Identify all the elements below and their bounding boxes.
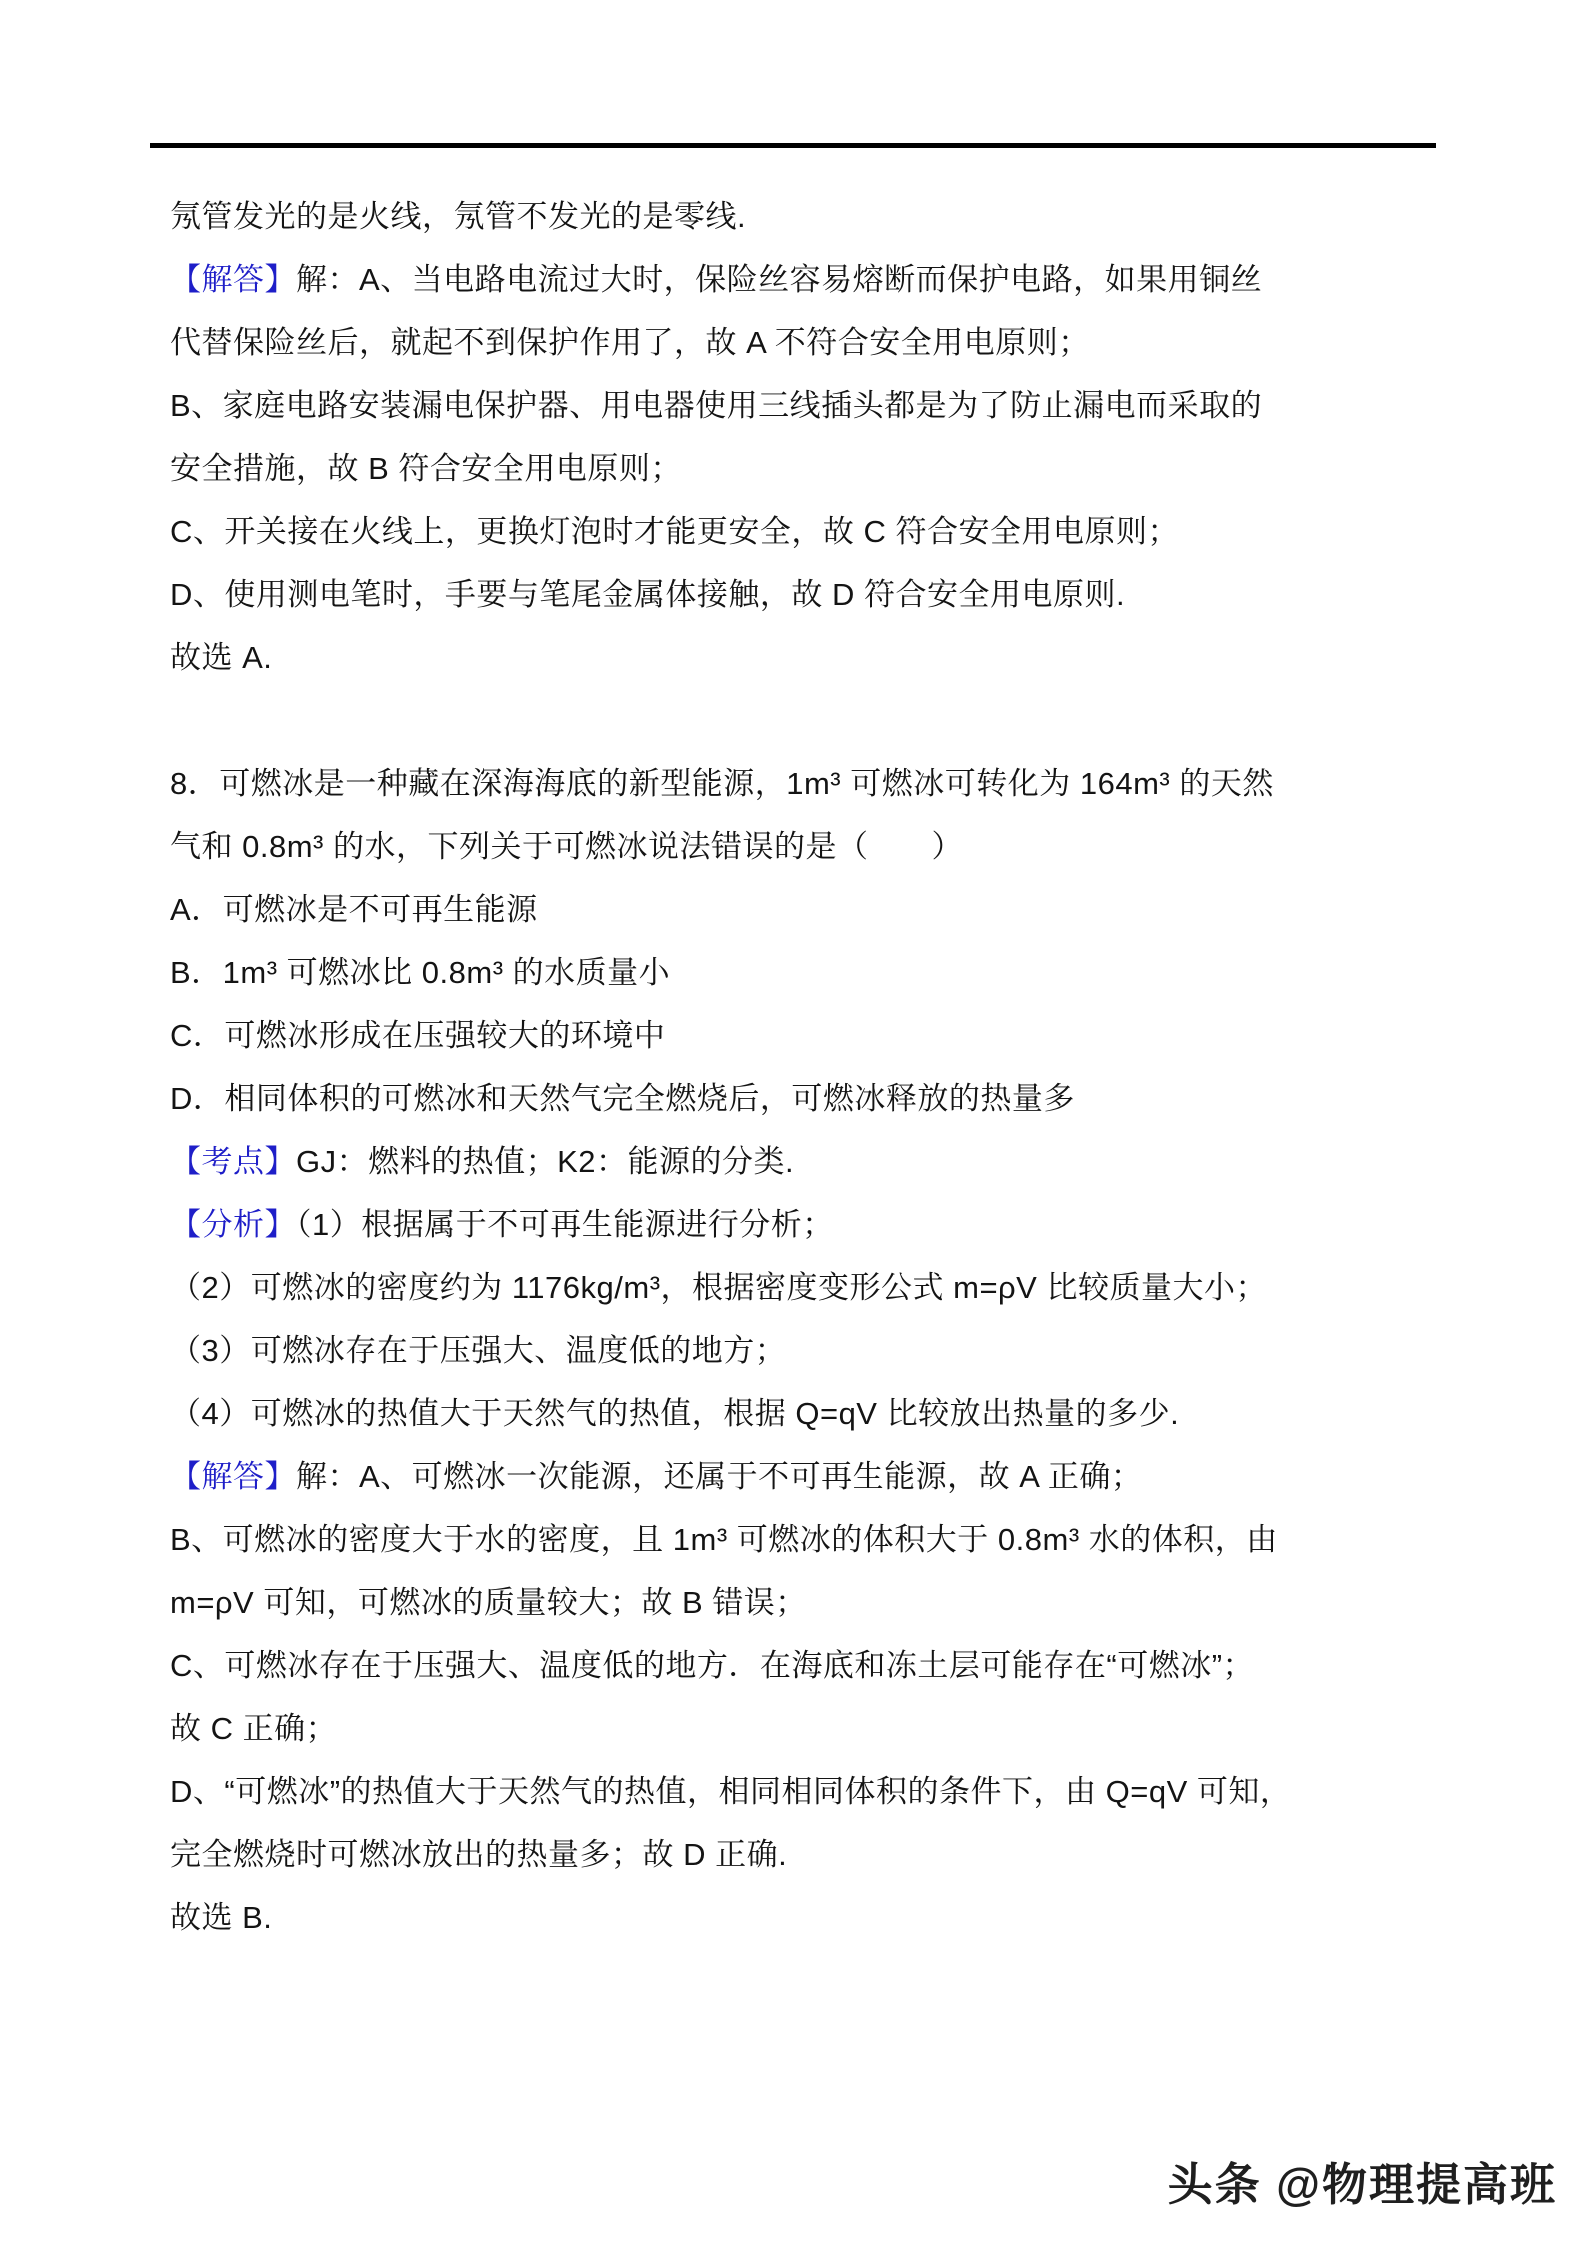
- analysis-section-label: 【分析】: [170, 1207, 296, 1242]
- answer-section-label: 【解答】: [170, 1459, 296, 1494]
- line-text: GJ：燃料的热值；K2：能源的分类.: [296, 1144, 794, 1179]
- q8-final-answer: 故选 B.: [170, 1886, 1470, 1949]
- top-horizontal-rule: [150, 143, 1436, 148]
- q8-stem-line-1: 8．可燃冰是一种藏在深海海底的新型能源，1m³ 可燃冰可转化为 164m³ 的天…: [170, 752, 1470, 815]
- q8-option-b: B．1m³ 可燃冰比 0.8m³ 的水质量小: [170, 941, 1470, 1004]
- q8-answer-d-line-2: 完全燃烧时可燃冰放出的热量多；故 D 正确.: [170, 1823, 1470, 1886]
- q8-analysis-line-1: 【分析】（1）根据属于不可再生能源进行分析；: [170, 1193, 1470, 1256]
- spacer-line: [170, 689, 1470, 752]
- line-text: B、家庭电路安装漏电保护器、用电器使用三线插头都是为了防止漏电而采取的: [170, 388, 1262, 423]
- exam-points-section-label: 【考点】: [170, 1144, 296, 1179]
- line-text: （2）可燃冰的密度约为 1176kg/m³，根据密度变形公式 m=ρV 比较质量…: [170, 1270, 1267, 1305]
- q8-option-d: D．相同体积的可燃冰和天然气完全燃烧后，可燃冰释放的热量多: [170, 1067, 1470, 1130]
- q8-analysis-line-3: （3）可燃冰存在于压强大、温度低的地方；: [170, 1319, 1470, 1382]
- line-text: 代替保险丝后，就起不到保护作用了，故 A 不符合安全用电原则；: [170, 325, 1090, 360]
- line-text: C．可燃冰形成在压强较大的环境中: [170, 1018, 665, 1053]
- line-text: 解：A、可燃冰一次能源，还属于不可再生能源，故 A 正确；: [296, 1459, 1142, 1494]
- q8-exam-points-line: 【考点】GJ：燃料的热值；K2：能源的分类.: [170, 1130, 1470, 1193]
- line-text: D．相同体积的可燃冰和天然气完全燃烧后，可燃冰释放的热量多: [170, 1081, 1075, 1116]
- line-text: 气和 0.8m³ 的水，下列关于可燃冰说法错误的是（ ）: [170, 829, 963, 864]
- q7-answer-b-line-2: 安全措施，故 B 符合安全用电原则；: [170, 437, 1470, 500]
- q8-answer-c-line-1: C、可燃冰存在于压强大、温度低的地方．在海底和冻土层可能存在“可燃冰”；: [170, 1634, 1470, 1697]
- line-text: 8．可燃冰是一种藏在深海海底的新型能源，1m³ 可燃冰可转化为 164m³ 的天…: [170, 766, 1274, 801]
- line-text: 故选 B.: [170, 1900, 272, 1935]
- q8-option-c: C．可燃冰形成在压强较大的环境中: [170, 1004, 1470, 1067]
- line-text: B．1m³ 可燃冰比 0.8m³ 的水质量小: [170, 955, 670, 990]
- q7-answer-c-line: C、开关接在火线上，更换灯泡时才能更安全，故 C 符合安全用电原则；: [170, 500, 1470, 563]
- document-body: 氖管发光的是火线，氖管不发光的是零线. 【解答】解：A、当电路电流过大时，保险丝…: [170, 185, 1470, 1949]
- q7-answer-a-line-2: 代替保险丝后，就起不到保护作用了，故 A 不符合安全用电原则；: [170, 311, 1470, 374]
- q8-analysis-line-4: （4）可燃冰的热值大于天然气的热值，根据 Q=qV 比较放出热量的多少.: [170, 1382, 1470, 1445]
- document-page: 氖管发光的是火线，氖管不发光的是零线. 【解答】解：A、当电路电流过大时，保险丝…: [0, 0, 1587, 2245]
- answer-section-label: 【解答】: [170, 262, 296, 297]
- q8-answer-b-line-2: m=ρV 可知，可燃冰的质量较大；故 B 错误；: [170, 1571, 1470, 1634]
- line-text: （3）可燃冰存在于压强大、温度低的地方；: [170, 1333, 786, 1368]
- line-text: A．可燃冰是不可再生能源: [170, 892, 538, 927]
- line-text: 完全燃烧时可燃冰放出的热量多；故 D 正确.: [170, 1837, 787, 1872]
- q7-final-answer: 故选 A.: [170, 626, 1470, 689]
- q7-neon-tube-note-line: 氖管发光的是火线，氖管不发光的是零线.: [170, 185, 1470, 248]
- line-text: 故 C 正确；: [170, 1711, 337, 1746]
- toutiao-watermark: 头条 @物理提高班: [1168, 2148, 1557, 2213]
- line-text: C、开关接在火线上，更换灯泡时才能更安全，故 C 符合安全用电原则；: [170, 514, 1179, 549]
- q8-answer-b-line-1: B、可燃冰的密度大于水的密度，且 1m³ 可燃冰的体积大于 0.8m³ 水的体积…: [170, 1508, 1470, 1571]
- q8-stem-line-2: 气和 0.8m³ 的水，下列关于可燃冰说法错误的是（ ）: [170, 815, 1470, 878]
- line-text: B、可燃冰的密度大于水的密度，且 1m³ 可燃冰的体积大于 0.8m³ 水的体积…: [170, 1522, 1278, 1557]
- line-text: 解：A、当电路电流过大时，保险丝容易熔断而保护电路，如果用铜丝: [296, 262, 1262, 297]
- q7-answer-intro-line: 【解答】解：A、当电路电流过大时，保险丝容易熔断而保护电路，如果用铜丝: [170, 248, 1470, 311]
- q8-answer-d-line-1: D、“可燃冰”的热值大于天然气的热值，相同相同体积的条件下，由 Q=qV 可知，: [170, 1760, 1470, 1823]
- line-text: C、可燃冰存在于压强大、温度低的地方．在海底和冻土层可能存在“可燃冰”；: [170, 1648, 1254, 1683]
- line-text: （1）根据属于不可再生能源进行分析；: [296, 1207, 834, 1242]
- line-text: （4）可燃冰的热值大于天然气的热值，根据 Q=qV 比较放出热量的多少.: [170, 1396, 1179, 1431]
- q8-answer-a-line: 【解答】解：A、可燃冰一次能源，还属于不可再生能源，故 A 正确；: [170, 1445, 1470, 1508]
- q8-analysis-line-2: （2）可燃冰的密度约为 1176kg/m³，根据密度变形公式 m=ρV 比较质量…: [170, 1256, 1470, 1319]
- q8-option-a: A．可燃冰是不可再生能源: [170, 878, 1470, 941]
- line-text: 故选 A.: [170, 640, 272, 675]
- q7-answer-b-line-1: B、家庭电路安装漏电保护器、用电器使用三线插头都是为了防止漏电而采取的: [170, 374, 1470, 437]
- line-text: D、“可燃冰”的热值大于天然气的热值，相同相同体积的条件下，由 Q=qV 可知，: [170, 1774, 1291, 1809]
- q7-answer-d-line: D、使用测电笔时，手要与笔尾金属体接触，故 D 符合安全用电原则.: [170, 563, 1470, 626]
- line-text: D、使用测电笔时，手要与笔尾金属体接触，故 D 符合安全用电原则.: [170, 577, 1125, 612]
- line-text: m=ρV 可知，可燃冰的质量较大；故 B 错误；: [170, 1585, 807, 1620]
- line-text: 安全措施，故 B 符合安全用电原则；: [170, 451, 682, 486]
- q8-answer-c-line-2: 故 C 正确；: [170, 1697, 1470, 1760]
- line-text: 氖管发光的是火线，氖管不发光的是零线.: [170, 199, 746, 234]
